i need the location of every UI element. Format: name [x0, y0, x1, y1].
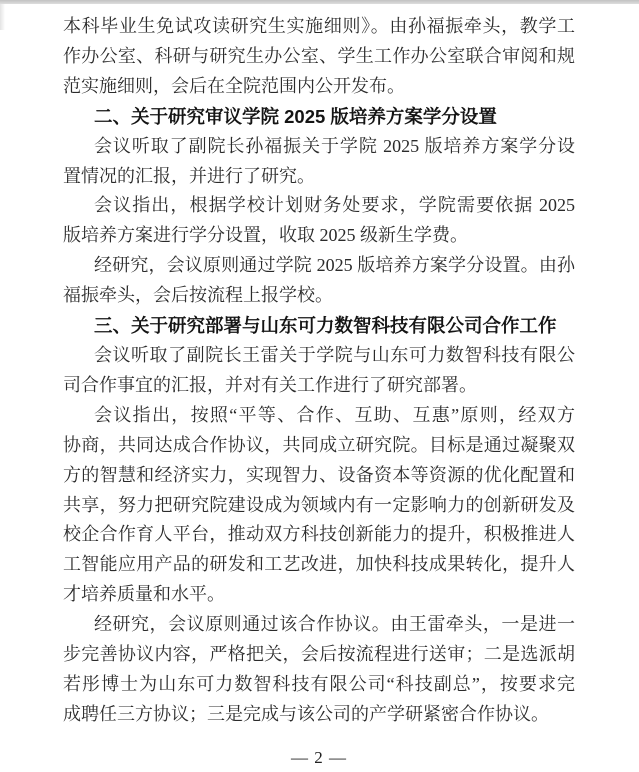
doc-line: 若彤博士为山东可力数智科技有限公司“科技副总”，按要求完 — [63, 670, 575, 700]
section-heading-2: 二、关于研究审议学院 2025 版培养方案学分设置 — [63, 102, 575, 132]
doc-line: 方的智慧和经济实力，实现智力、设备资本等资源的优化配置和 — [63, 461, 575, 491]
doc-line: 工智能应用产品的研发和工艺改进，加快科技成果转化，提升人 — [63, 550, 575, 580]
doc-line: 会议指出，按照“平等、合作、互助、互惠”原则，经双方 — [63, 401, 575, 431]
doc-line: 经研究，会议原则通过学院 2025 版培养方案学分设置。由孙 — [63, 251, 575, 281]
doc-line: 校企合作育人平台，推动双方科技创新能力的提升，积极推进人 — [63, 520, 575, 550]
doc-line: 作办公室、科研与研究生办公室、学生工作办公室联合审阅和规 — [63, 42, 575, 72]
doc-line: 步完善协议内容，严格把关，会后按流程进行送审；二是选派胡 — [63, 640, 575, 670]
doc-line: 范实施细则，会后在全院范围内公开发布。 — [63, 72, 575, 102]
doc-line: 置情况的汇报，并进行了研究。 — [63, 162, 575, 192]
doc-line: 成聘任三方协议；三是完成与该公司的产学研紧密合作协议。 — [63, 700, 575, 730]
doc-line: 版培养方案进行学分设置，收取 2025 级新生学费。 — [63, 221, 575, 251]
doc-line: 经研究，会议原则通过该合作协议。由王雷牵头，一是进一 — [63, 610, 575, 640]
doc-line: 协商，共同达成合作协议，共同成立研究院。目标是通过凝聚双 — [63, 431, 575, 461]
document-page: 本科毕业生免试攻读研究生实施细则》。由孙福振牵头，教学工 作办公室、科研与研究生… — [63, 0, 575, 772]
doc-line: 才培养质量和水平。 — [63, 580, 575, 610]
section-heading-3: 三、关于研究部署与山东可力数智科技有限公司合作工作 — [63, 311, 575, 341]
scan-artifact-left-edge — [0, 4, 5, 30]
doc-line: 本科毕业生免试攻读研究生实施细则》。由孙福振牵头，教学工 — [63, 12, 575, 42]
doc-line: 共享，努力把研究院建设成为领域内有一定影响力的创新研发及 — [63, 491, 575, 521]
doc-line: 会议听取了副院长孙福振关于学院 2025 版培养方案学分设 — [63, 132, 575, 162]
doc-line: 福振牵头，会后按流程上报学校。 — [63, 281, 575, 311]
doc-line: 会议听取了副院长王雷关于学院与山东可力数智科技有限公 — [63, 341, 575, 371]
doc-line: 司合作事宜的汇报，并对有关工作进行了研究部署。 — [63, 371, 575, 401]
page-number: — 2 — — [63, 743, 575, 772]
doc-line: 会议指出，根据学校计划财务处要求，学院需要依据 2025 — [63, 191, 575, 221]
